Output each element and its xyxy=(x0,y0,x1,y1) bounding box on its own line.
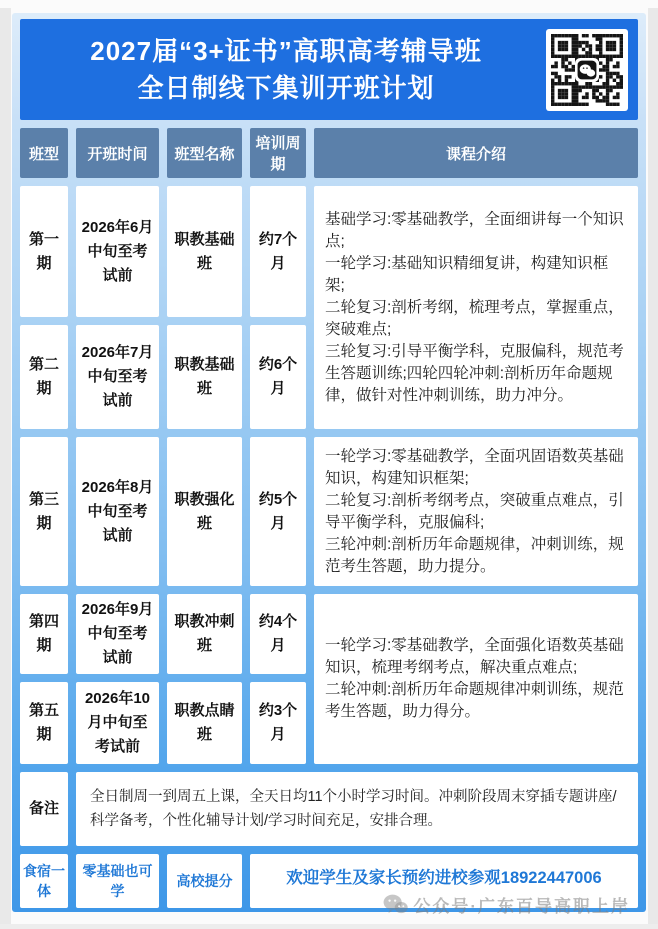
row4-class-name: 职教冲刺班 xyxy=(167,594,242,674)
wechat-qr-code xyxy=(546,29,628,111)
row1-duration: 约7个月 xyxy=(250,186,306,317)
column-header-start-time: 开班时间 xyxy=(76,128,159,178)
column-header-course-intro: 课程介绍 xyxy=(314,128,638,178)
page-edge-left xyxy=(0,8,11,929)
row4-duration: 约4个月 xyxy=(250,594,306,674)
row2-start-time: 2026年7月中旬至考试前 xyxy=(76,325,159,429)
row4-class-type: 第四期 xyxy=(20,594,68,674)
row1-class-name: 职教基础班 xyxy=(167,186,242,317)
wechat-watermark: 公众号·广东百导高职上岸 xyxy=(383,892,630,917)
row3-class-name: 职教强化班 xyxy=(167,437,242,586)
row5-class-name: 职教点睛班 xyxy=(167,682,242,764)
poster-frame: 2027届“3+证书”高职高考辅导班 全日制线下集训开班计划 班型 开班时间 班… xyxy=(12,13,646,912)
row3-start-time: 2026年8月中旬至考试前 xyxy=(76,437,159,586)
row2-duration: 约6个月 xyxy=(250,325,306,429)
course-intro-row-3: 一轮学习:零基础教学，全面巩固语数英基础知识，构建知识框架; 二轮复习:剖析考纲… xyxy=(314,437,638,586)
poster-title: 2027届“3+证书”高职高考辅导班 全日制线下集训开班计划 xyxy=(26,33,546,107)
row2-class-type: 第二期 xyxy=(20,325,68,429)
row3-duration: 约5个月 xyxy=(250,437,306,586)
row1-start-time: 2026年6月中旬至考试前 xyxy=(76,186,159,317)
poster-title-line2: 全日制线下集训开班计划 xyxy=(26,70,546,107)
schedule-table: 班型 开班时间 班型名称 培训周期 课程介绍 第一期 2026年6月中旬至考试前… xyxy=(20,128,638,908)
column-header-duration: 培训周期 xyxy=(250,128,306,178)
row1-class-type: 第一期 xyxy=(20,186,68,317)
row5-duration: 约3个月 xyxy=(250,682,306,764)
row5-class-type: 第五期 xyxy=(20,682,68,764)
watermark-text: 公众号·广东百导高职上岸 xyxy=(413,892,630,917)
header-banner: 2027届“3+证书”高职高考辅导班 全日制线下集训开班计划 xyxy=(20,19,638,120)
notes-text: 全日制周一到周五上课，全天日均11个小时学习时间。冲刺阶段周末穿插专题讲座/科学… xyxy=(76,772,638,846)
row5-start-time: 2026年10月中旬至考试前 xyxy=(76,682,159,764)
wechat-icon xyxy=(383,894,408,915)
column-header-class-type: 班型 xyxy=(20,128,68,178)
column-header-class-name: 班型名称 xyxy=(167,128,242,178)
course-intro-rows-1-2: 基础学习:零基础教学，全面细讲每一个知识点; 一轮学习:基础知识精细复讲，构建知… xyxy=(314,186,638,429)
footer-feature-zero-basis: 零基础也可学 xyxy=(76,854,159,908)
page-edge-right xyxy=(648,8,658,929)
qr-pattern xyxy=(551,34,623,106)
footer-feature-boarding: 食宿一体 xyxy=(20,854,68,908)
row2-class-name: 职教基础班 xyxy=(167,325,242,429)
contact-phone-text: 欢迎学生及家长预约进校参观18922447006 xyxy=(286,864,601,888)
poster-title-line1: 2027届“3+证书”高职高考辅导班 xyxy=(26,33,546,70)
page-edge-bottom xyxy=(0,924,658,929)
footer-feature-score-up: 高校提分 xyxy=(167,854,242,908)
footer-contact-cell: 欢迎学生及家长预约进校参观18922447006 公众号·广东百导高职上岸 xyxy=(250,854,638,908)
notes-label: 备注 xyxy=(20,772,68,846)
row4-start-time: 2026年9月中旬至考试前 xyxy=(76,594,159,674)
row3-class-type: 第三期 xyxy=(20,437,68,586)
course-intro-rows-4-5: 一轮学习:零基础教学，全面强化语数英基础知识，梳理考纲考点，解决重点难点; 二轮… xyxy=(314,594,638,764)
